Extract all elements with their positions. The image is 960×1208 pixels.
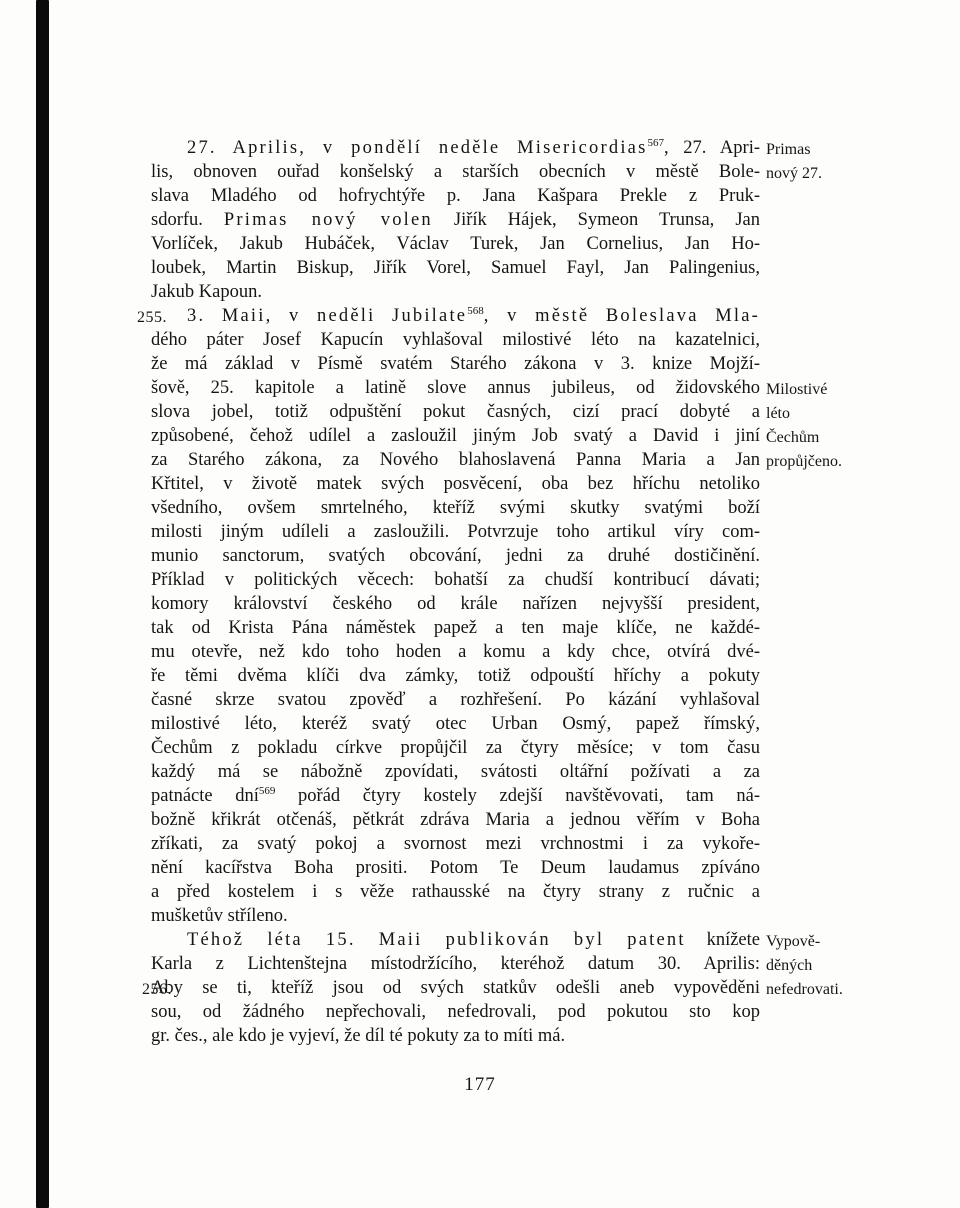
text-segment: lis, obnoven ouřad konšelský a starších … xyxy=(151,162,760,182)
text-line: Jakub Kapoun. xyxy=(151,280,760,304)
text-segment: za Starého zákona, za Nového blahoslaven… xyxy=(151,450,760,470)
text-segment: Příklad v politických věcech: bohatší za… xyxy=(151,570,760,590)
text-segment: tak od Krista Pána náměstek papež a ten … xyxy=(151,618,760,638)
text-line: sdorfu. Primas nový volen Jiřík Hájek, S… xyxy=(151,208,760,232)
text-segment: 27. Aprilis, v pondělí neděle Misericord… xyxy=(187,138,647,158)
text-line: komory království českého od krále naříz… xyxy=(151,592,760,616)
text-line: patnácte dní569 pořád čtyry kostely zdej… xyxy=(151,784,760,808)
text-segment: sou, od žádného nepřechovali, nefedroval… xyxy=(151,1002,760,1022)
page-number: 177 xyxy=(0,1074,960,1096)
footnote-reference: 568 xyxy=(467,305,484,317)
margin-note-line: Čechům xyxy=(766,426,876,450)
text-line: za Starého zákona, za Nového blahoslaven… xyxy=(151,448,760,472)
text-segment: , v městě Boleslava Mla- xyxy=(484,306,760,326)
text-line: Téhož léta 15. Maii publikován byl paten… xyxy=(151,928,760,952)
scanned-book-page: { "page": { "number": "177" }, "margin_n… xyxy=(0,0,960,1208)
text-segment: Čechům z pokladu církve propůjčil za čty… xyxy=(151,738,760,758)
text-line: mu otevře, než kdo toho hoden a komu a k… xyxy=(151,640,760,664)
text-segment: knížete xyxy=(686,930,760,950)
text-line: nění kacířstva Boha prositi. Potom Te De… xyxy=(151,856,760,880)
margin-note-line: propůjčeno. xyxy=(766,450,876,474)
text-segment: gr. čes., ale kdo je vyjeví, že díl té p… xyxy=(151,1026,565,1046)
text-segment: časné skrze svatou zpověď a rozhřešení. … xyxy=(151,690,760,710)
text-segment: milosti jiným udíleli a zasloužili. Potv… xyxy=(151,522,760,542)
text-segment: Aby se ti, kteříž jsou od svých statkův … xyxy=(151,978,760,998)
text-line: Čechům z pokladu církve propůjčil za čty… xyxy=(151,736,760,760)
text-line: 256.Aby se ti, kteříž jsou od svých stat… xyxy=(151,976,760,1000)
entry-number: 256. xyxy=(142,978,172,1002)
text-segment: že má základ v Písmě svatém Starého záko… xyxy=(151,354,760,374)
text-segment: způsobené, čehož udílel a zasloužil jiný… xyxy=(151,426,760,446)
text-segment: mu otevře, než kdo toho hoden a komu a k… xyxy=(151,642,760,662)
text-line: gr. čes., ale kdo je vyjeví, že díl té p… xyxy=(151,1024,760,1048)
margin-note: Primasnový 27. xyxy=(766,138,876,186)
text-segment: slova jobel, totiž odpuštění pokut časný… xyxy=(151,402,760,422)
text-segment: zříkati, za svatý pokoj a svornost mezi … xyxy=(151,834,760,854)
text-segment: všedního, ovšem smrtelného, kteříž svými… xyxy=(151,498,760,518)
margin-note-line: Primas xyxy=(766,138,876,162)
text-line: každý má se nábožně zpovídati, svátosti … xyxy=(151,760,760,784)
text-line: loubek, Martin Biskup, Jiřík Vorel, Samu… xyxy=(151,256,760,280)
text-segment: šově, 25. kapitole a latině slove annus … xyxy=(151,378,760,398)
text-line: tak od Krista Pána náměstek papež a ten … xyxy=(151,616,760,640)
text-segment: komory království českého od krále naříz… xyxy=(151,594,760,614)
text-segment: 3. Maii, v neděli Jubilate xyxy=(187,306,467,326)
main-text-block: 27. Aprilis, v pondělí neděle Misericord… xyxy=(151,136,760,1048)
text-segment: ře těmi dvěma klíči dva zámky, totiž odp… xyxy=(151,666,760,686)
text-line: časné skrze svatou zpověď a rozhřešení. … xyxy=(151,688,760,712)
text-segment: Křtitel, v životě matek svých posvěcení,… xyxy=(151,474,760,494)
footnote-reference: 567 xyxy=(647,137,664,149)
scan-gutter-bar xyxy=(36,0,49,1208)
text-segment: božně křikrát otčenáš, pětkrát zdráva Ma… xyxy=(151,810,760,830)
text-line: slova jobel, totiž odpuštění pokut časný… xyxy=(151,400,760,424)
text-segment: mušketův stříleno. xyxy=(151,906,288,926)
text-line: milostivé léto, kteréž svatý otec Urban … xyxy=(151,712,760,736)
text-line: 255.3. Maii, v neděli Jubilate568, v měs… xyxy=(151,304,760,328)
text-line: munio sanctorum, svatých obcování, jedni… xyxy=(151,544,760,568)
text-line: slava Mladého od hofrychtýře p. Jana Kaš… xyxy=(151,184,760,208)
margin-note-line: léto xyxy=(766,402,876,426)
margin-note-line: Vypově- xyxy=(766,930,876,954)
text-segment: Jakub Kapoun. xyxy=(151,282,262,302)
margin-note: Vypově-děnýchnefedrovati. xyxy=(766,930,876,1002)
text-segment: Téhož léta 15. Maii publikován byl paten… xyxy=(187,930,686,950)
text-segment: munio sanctorum, svatých obcování, jedni… xyxy=(151,546,760,566)
text-line: lis, obnoven ouřad konšelský a starších … xyxy=(151,160,760,184)
text-line: milosti jiným udíleli a zasloužili. Potv… xyxy=(151,520,760,544)
margin-note: MilostivélétoČechůmpropůjčeno. xyxy=(766,378,876,474)
text-segment: Vorlíček, Jakub Hubáček, Václav Turek, J… xyxy=(151,234,760,254)
text-line: mušketův stříleno. xyxy=(151,904,760,928)
text-line: Křtitel, v životě matek svých posvěcení,… xyxy=(151,472,760,496)
text-line: Vorlíček, Jakub Hubáček, Václav Turek, J… xyxy=(151,232,760,256)
text-segment: každý má se nábožně zpovídati, svátosti … xyxy=(151,762,760,782)
margin-note-line: nový 27. xyxy=(766,162,876,186)
text-line: všedního, ovšem smrtelného, kteříž svými… xyxy=(151,496,760,520)
text-line: 27. Aprilis, v pondělí neděle Misericord… xyxy=(151,136,760,160)
text-segment: sdorfu. xyxy=(151,210,224,230)
margin-note-line: nefedrovati. xyxy=(766,978,876,1002)
entry-number: 255. xyxy=(137,306,167,330)
text-line: zříkati, za svatý pokoj a svornost mezi … xyxy=(151,832,760,856)
text-segment: Primas nový volen xyxy=(224,210,433,230)
text-segment: a před kostelem i s věže rathausské na č… xyxy=(151,882,760,902)
text-line: dého páter Josef Kapucín vyhlašoval milo… xyxy=(151,328,760,352)
text-segment: dého páter Josef Kapucín vyhlašoval milo… xyxy=(151,330,760,350)
text-line: šově, 25. kapitole a latině slove annus … xyxy=(151,376,760,400)
text-segment: nění kacířstva Boha prositi. Potom Te De… xyxy=(151,858,760,878)
text-line: že má základ v Písmě svatém Starého záko… xyxy=(151,352,760,376)
text-segment: Jiřík Hájek, Symeon Trunsa, Jan xyxy=(433,210,760,230)
text-segment: milostivé léto, kteréž svatý otec Urban … xyxy=(151,714,760,734)
text-line: Příklad v politických věcech: bohatší za… xyxy=(151,568,760,592)
text-line: ře těmi dvěma klíči dva zámky, totiž odp… xyxy=(151,664,760,688)
text-segment: loubek, Martin Biskup, Jiřík Vorel, Samu… xyxy=(151,258,760,278)
text-line: božně křikrát otčenáš, pětkrát zdráva Ma… xyxy=(151,808,760,832)
text-segment: , 27. Apri- xyxy=(664,138,760,158)
footnote-reference: 569 xyxy=(259,785,276,797)
text-segment: Karla z Lichtenštejna místodržícího, kte… xyxy=(151,954,760,974)
text-line: Karla z Lichtenštejna místodržícího, kte… xyxy=(151,952,760,976)
text-line: způsobené, čehož udílel a zasloužil jiný… xyxy=(151,424,760,448)
text-segment: pořád čtyry kostely zdejší navštěvovati,… xyxy=(275,786,760,806)
text-segment: patnácte dní xyxy=(151,786,259,806)
margin-note-line: Milostivé xyxy=(766,378,876,402)
text-segment: slava Mladého od hofrychtýře p. Jana Kaš… xyxy=(151,186,760,206)
margin-note-line: děných xyxy=(766,954,876,978)
text-line: sou, od žádného nepřechovali, nefedroval… xyxy=(151,1000,760,1024)
text-line: a před kostelem i s věže rathausské na č… xyxy=(151,880,760,904)
